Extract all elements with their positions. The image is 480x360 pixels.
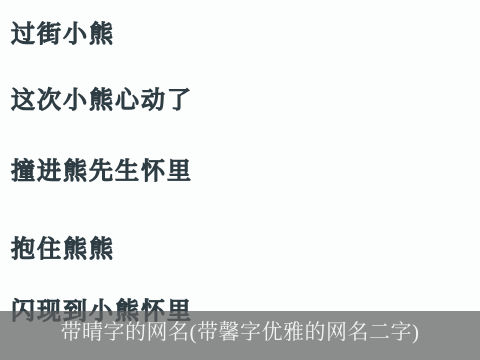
caption-bar: 带晴字的网名(带馨字优雅的网名二字) [0, 311, 480, 360]
nickname-item: 这次小熊心动了 [11, 88, 193, 112]
nickname-item: 撞进熊先生怀里 [11, 159, 193, 183]
screenshot-root: 过街小熊 这次小熊心动了 撞进熊先生怀里 抱住熊熊 闪现到小熊怀里 带晴字的网名… [0, 0, 480, 360]
nickname-item: 过街小熊 [11, 22, 115, 46]
caption-text: 带晴字的网名(带馨字优雅的网名二字) [61, 322, 420, 343]
nickname-item: 抱住熊熊 [11, 237, 115, 261]
